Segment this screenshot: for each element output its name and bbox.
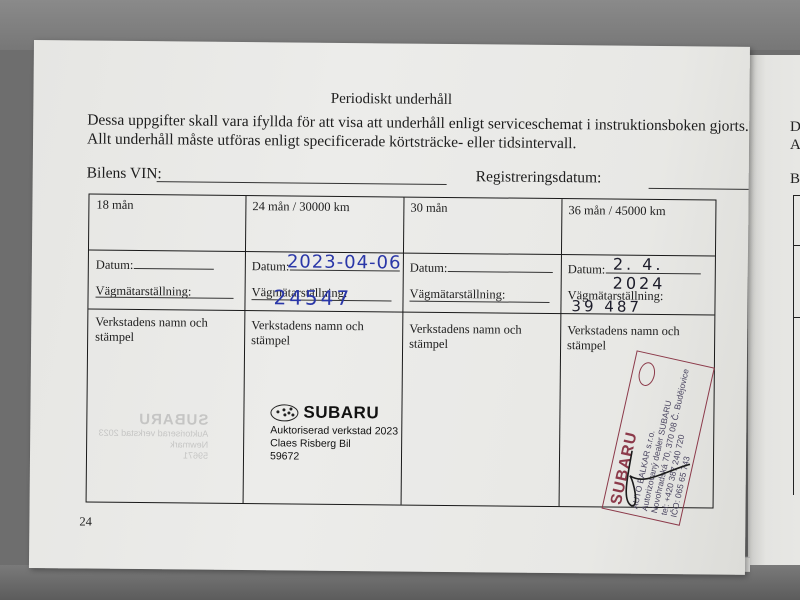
workshop-label-line2: stämpel: [409, 337, 522, 353]
handwritten-date: 2023-04-06: [287, 251, 402, 273]
registration-date-label: Registreringsdatum:: [476, 168, 602, 187]
right-page-edge: D A B: [748, 55, 800, 565]
page-title: Periodiskt underhåll: [33, 88, 749, 112]
column-header-36-man: 36 mån / 45000 km: [568, 203, 665, 219]
subaru-logo-icon: [636, 361, 657, 388]
handwritten-date: 2. 4. 2024: [613, 255, 715, 294]
workshop-label: Verkstadens namn ochstämpel: [251, 318, 364, 349]
vin-field: [157, 181, 447, 185]
subaru-brand: SUBARU: [303, 403, 379, 424]
right-page-fragment: D: [790, 119, 800, 136]
dealer-line3: 59672: [270, 450, 398, 464]
intro-text: Dessa uppgifter skall vara ifyllda för a…: [87, 111, 749, 155]
column-divider: [559, 199, 563, 506]
right-page-fragment: A: [790, 137, 800, 154]
date-label-text: Datum:: [252, 259, 290, 273]
workshop-label: Verkstadens namn ochstämpel: [567, 323, 680, 354]
date-label: Datum:: [96, 258, 214, 274]
workshop-label-line1: Verkstadens namn och: [567, 323, 680, 339]
ghost-offset-stamp: SUBARU Auktoriserad verkstad 2023 Newmar…: [88, 411, 208, 462]
column-header-18-man: 18 mån: [96, 198, 133, 213]
page-number: 24: [79, 514, 92, 529]
registration-date-field: [649, 188, 749, 190]
workshop-label-line2: stämpel: [95, 330, 208, 346]
odometer-field: [410, 301, 550, 303]
right-page-rule: [793, 317, 800, 318]
column-divider: [401, 198, 405, 505]
subaru-logo-icon: [270, 404, 298, 421]
signature: [619, 446, 700, 517]
ghost-brand: SUBARU: [88, 411, 208, 429]
dealer-line1: Auktoriserad verkstad 2023: [270, 424, 398, 438]
subaru-logo-row: SUBARU: [270, 402, 398, 423]
column-header-30-man: 30 mån: [410, 201, 447, 216]
ghost-line3: 59671: [88, 450, 208, 462]
workshop-label-line1: Verkstadens namn och: [251, 318, 364, 334]
right-page-rule: [793, 195, 800, 196]
date-label-text: Datum:: [96, 258, 134, 272]
vin-label: Bilens VIN:: [87, 165, 162, 184]
right-page-fragment: B: [790, 171, 800, 188]
handwritten-odometer: 39 487: [571, 297, 642, 316]
right-page-table-edge: [793, 195, 800, 495]
dealer-line2: Claes Risberg Bil: [270, 437, 398, 451]
date-label-text: Datum:: [410, 261, 448, 275]
date-field: [133, 268, 213, 270]
printed-dealer-stamp: SUBARU Auktoriserad verkstad 2023 Claes …: [270, 402, 398, 464]
column-divider: [243, 196, 247, 503]
handwritten-odometer: 24547: [273, 285, 352, 310]
workshop-label: Verkstadens namn ochstämpel: [95, 315, 208, 346]
workshop-label-line2: stämpel: [567, 338, 680, 354]
right-page-rule: [793, 245, 800, 246]
workshop-label-line2: stämpel: [251, 333, 364, 349]
workshop-label-line1: Verkstadens namn och: [409, 322, 522, 338]
ghost-line1: Auktoriserad verkstad 2023: [88, 428, 208, 440]
date-field: [447, 271, 552, 273]
workshop-label-line1: Verkstadens namn och: [95, 315, 208, 331]
workshop-label: Verkstadens namn ochstämpel: [409, 322, 522, 353]
column-header-24-man: 24 mån / 30000 km: [252, 199, 349, 215]
date-label: Datum:: [410, 261, 553, 277]
vin-row: Bilens VIN: Registreringsdatum:: [87, 165, 727, 171]
service-book-page: Periodiskt underhåll Dessa uppgifter ska…: [29, 40, 750, 575]
date-label-text: Datum:: [568, 262, 606, 276]
